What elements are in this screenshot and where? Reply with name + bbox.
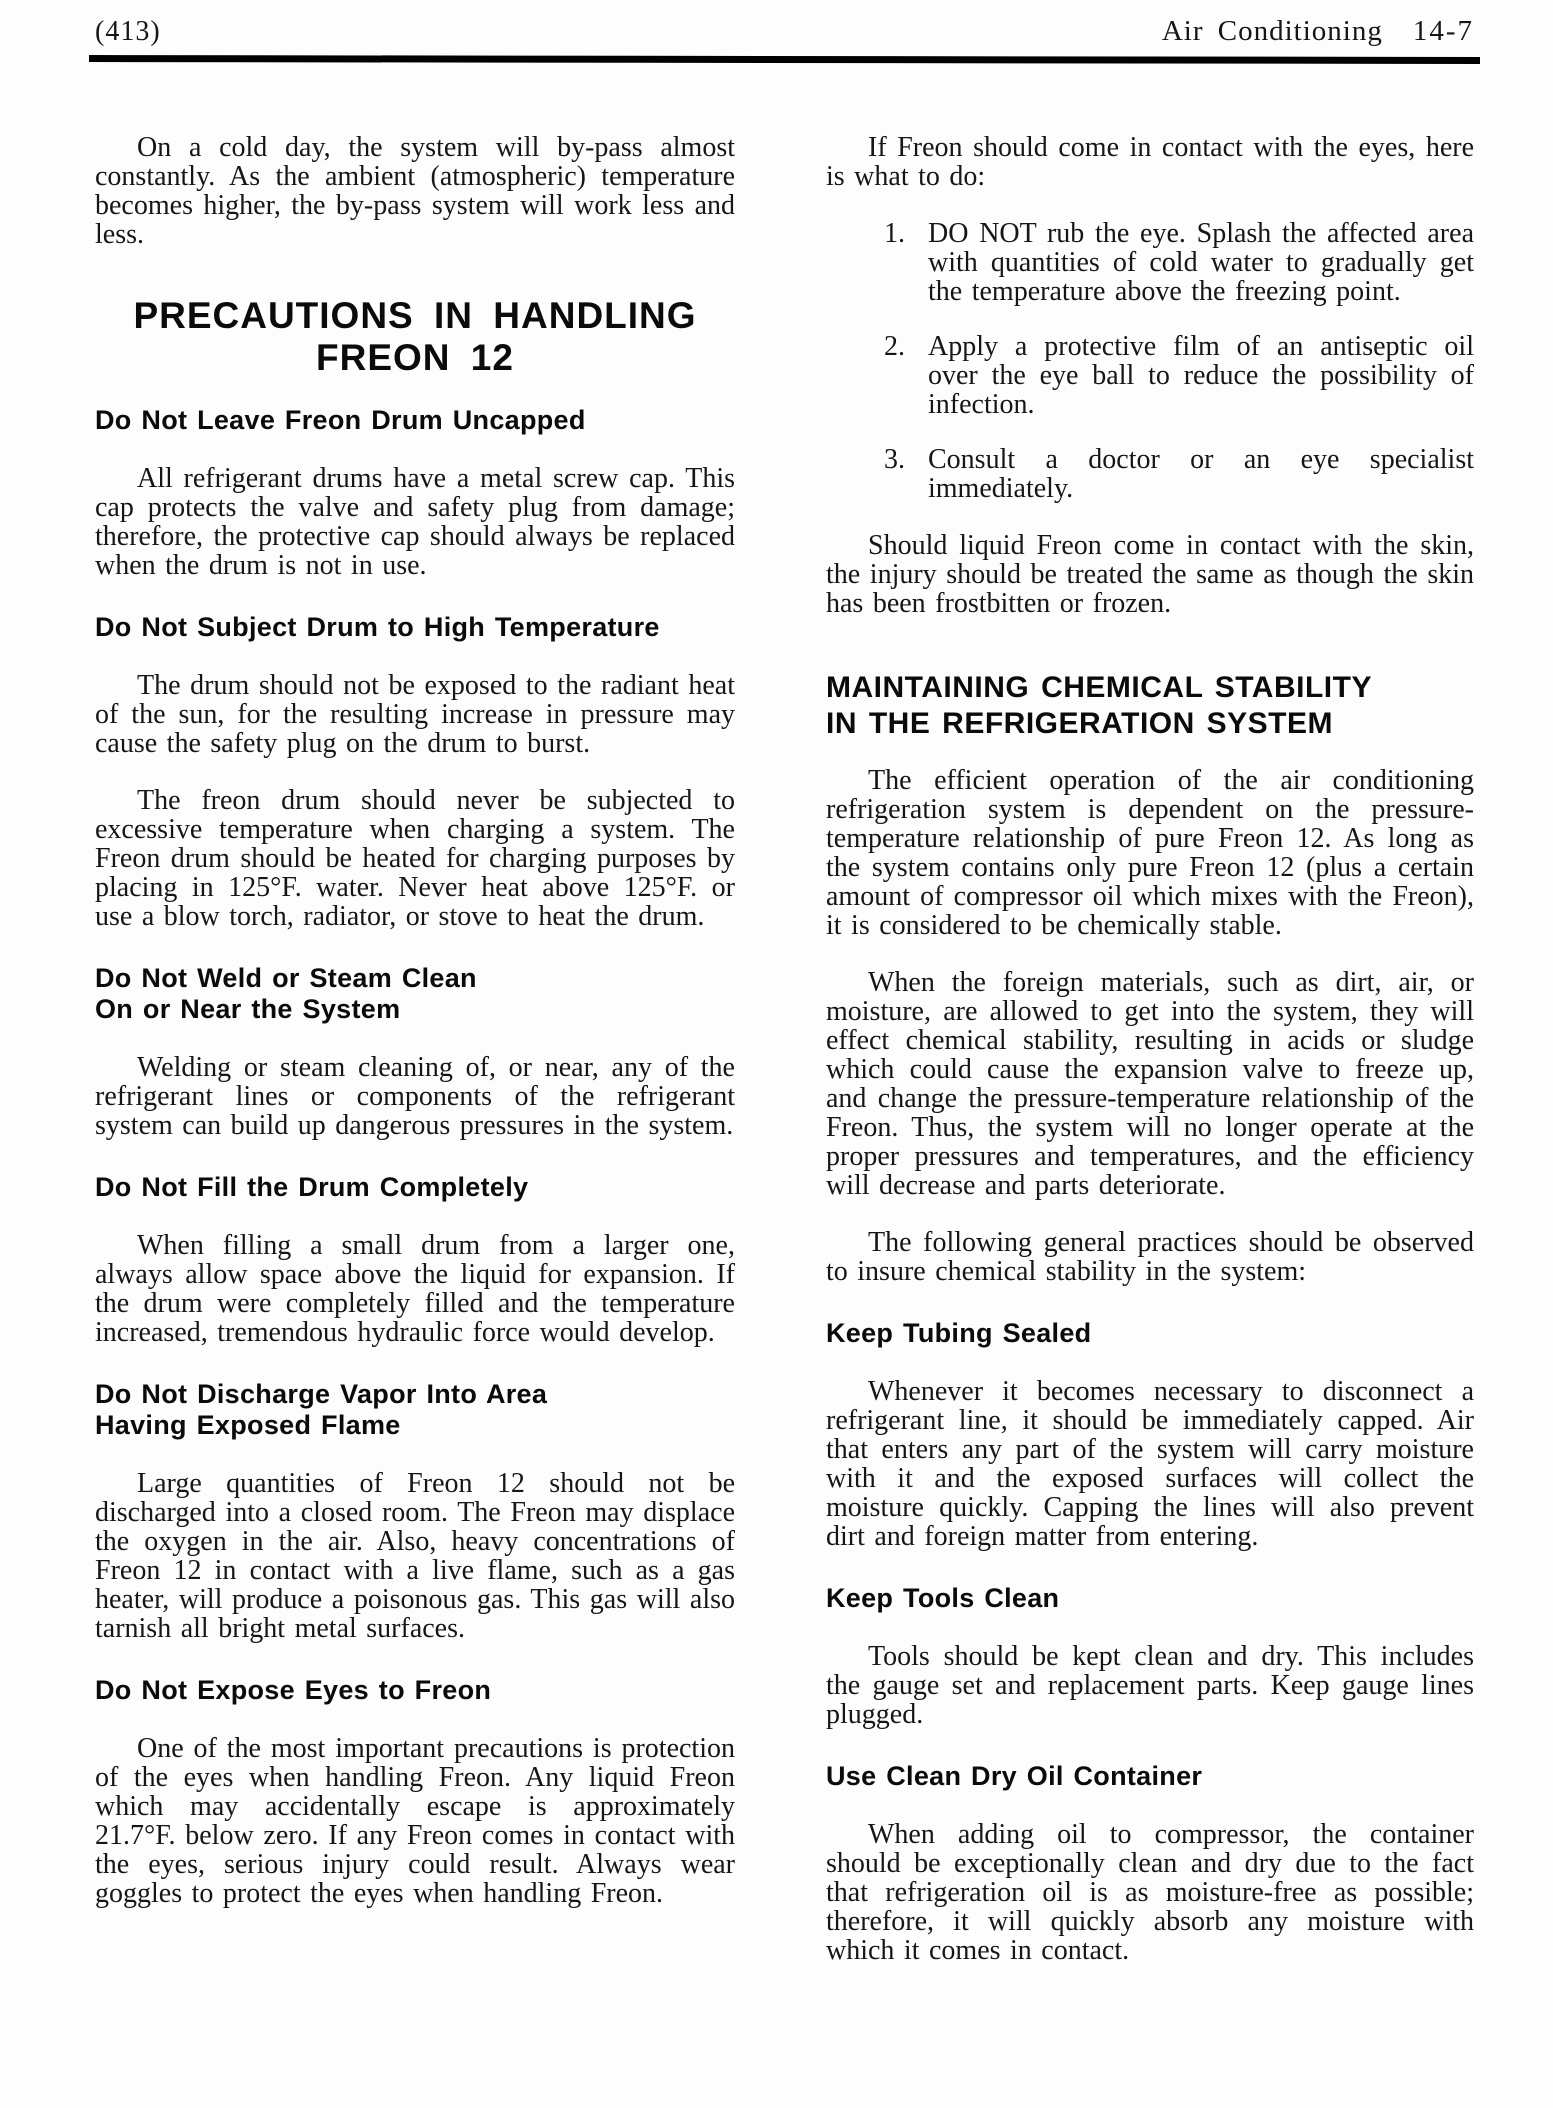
paragraph-welding: Welding or steam cleaning of, or near, a… [95, 1053, 735, 1140]
section-title-line1: PRECAUTIONS IN HANDLING [95, 295, 735, 337]
paragraph-efficient-operation: The efficient operation of the air condi… [826, 766, 1474, 940]
eye-contact-steps: 1. DO NOT rub the eye. Splash the affect… [826, 219, 1474, 503]
subheading-uncapped: Do Not Leave Freon Drum Uncapped [95, 405, 735, 436]
paragraph-radiant-heat: The drum should not be exposed to the ra… [95, 671, 735, 758]
section-title-precautions: PRECAUTIONS IN HANDLING FREON 12 [95, 295, 735, 379]
paragraph-oil-container: When adding oil to compressor, the conta… [826, 1820, 1474, 1965]
subheading-weld-line2: On or Near the System [95, 994, 735, 1025]
chemical-stability-line1: MAINTAINING CHEMICAL STABILITY [826, 670, 1474, 706]
step-number: 1. [884, 219, 928, 306]
list-item-step-3: 3. Consult a doctor or an eye specialist… [826, 445, 1474, 503]
paragraph-uncapped: All refrigerant drums have a metal screw… [95, 464, 735, 580]
running-header: Air Conditioning14-7 [1162, 14, 1474, 48]
page-number: 14-7 [1413, 15, 1474, 47]
subheading-weld-steam: Do Not Weld or Steam Clean On or Near th… [95, 963, 735, 1025]
paragraph-general-practices: The following general practices should b… [826, 1228, 1474, 1286]
step-text: Apply a protective film of an antiseptic… [928, 332, 1474, 419]
section-title-chemical-stability: MAINTAINING CHEMICAL STABILITY IN THE RE… [826, 670, 1474, 742]
step-text: DO NOT rub the eye. Splash the affected … [928, 219, 1474, 306]
subheading-keep-tools-clean: Keep Tools Clean [826, 1583, 1474, 1614]
header-rule [89, 55, 1480, 64]
subheading-clean-dry-oil-container: Use Clean Dry Oil Container [826, 1761, 1474, 1792]
paragraph-foreign-materials: When the foreign materials, such as dirt… [826, 968, 1474, 1200]
paragraph-tools: Tools should be kept clean and dry. This… [826, 1642, 1474, 1729]
subheading-high-temperature: Do Not Subject Drum to High Temperature [95, 612, 735, 643]
paragraph-eye-protection: One of the most important precautions is… [95, 1734, 735, 1908]
paragraph-bypass: On a cold day, the system will by-pass a… [95, 133, 735, 249]
folio-number: (413) [95, 15, 161, 49]
paragraph-discharge: Large quantities of Freon 12 should not … [95, 1469, 735, 1643]
subheading-vapor-line1: Do Not Discharge Vapor Into Area [95, 1379, 735, 1410]
paragraph-tubing: Whenever it becomes necessary to disconn… [826, 1377, 1474, 1551]
step-number: 3. [884, 445, 928, 503]
page-content: On a cold day, the system will by-pass a… [95, 133, 1474, 1993]
running-title: Air Conditioning [1162, 15, 1383, 47]
subheading-fill-drum: Do Not Fill the Drum Completely [95, 1172, 735, 1203]
left-column: On a cold day, the system will by-pass a… [95, 133, 735, 1993]
subheading-discharge-vapor: Do Not Discharge Vapor Into Area Having … [95, 1379, 735, 1441]
page-header: (413) Air Conditioning14-7 [95, 14, 1474, 49]
list-item-step-2: 2. Apply a protective film of an antisep… [826, 332, 1474, 419]
chemical-stability-line2: IN THE REFRIGERATION SYSTEM [826, 706, 1474, 742]
step-number: 2. [884, 332, 928, 419]
section-title-line2: FREON 12 [95, 337, 735, 379]
subheading-keep-tubing-sealed: Keep Tubing Sealed [826, 1318, 1474, 1349]
step-text: Consult a doctor or an eye specialist im… [928, 445, 1474, 503]
subheading-weld-line1: Do Not Weld or Steam Clean [95, 963, 735, 994]
manual-page: (413) Air Conditioning14-7 On a cold day… [0, 0, 1553, 2108]
subheading-expose-eyes: Do Not Expose Eyes to Freon [95, 1675, 735, 1706]
paragraph-filling: When filling a small drum from a larger … [95, 1231, 735, 1347]
subheading-vapor-line2: Having Exposed Flame [95, 1410, 735, 1441]
paragraph-skin-contact: Should liquid Freon come in contact with… [826, 531, 1474, 618]
right-column: If Freon should come in contact with the… [826, 133, 1474, 1993]
paragraph-charging-temperature: The freon drum should never be subjected… [95, 786, 735, 931]
list-item-step-1: 1. DO NOT rub the eye. Splash the affect… [826, 219, 1474, 306]
paragraph-eye-contact-intro: If Freon should come in contact with the… [826, 133, 1474, 191]
